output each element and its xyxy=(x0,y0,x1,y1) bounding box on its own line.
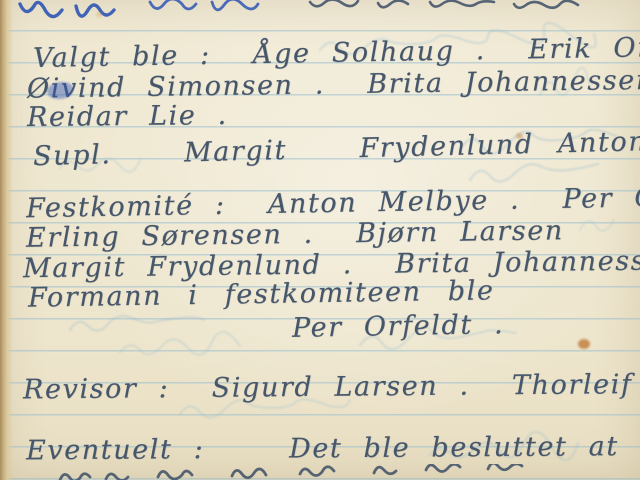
handwriting-line-eventuelt: Eventuelt : Det ble besluttet at det xyxy=(26,432,640,467)
cropped-handwriting-bottom xyxy=(0,464,640,480)
rust-stain xyxy=(516,133,523,139)
rust-stain xyxy=(96,12,102,17)
handwriting-line-reidar-lie: Reidar Lie . xyxy=(27,101,228,133)
handwriting-line-per-orfeldt: Per Orfeldt . xyxy=(292,310,505,344)
notebook-page: Valgt ble : Åge Solhaug . Erik Orfeldt Ø… xyxy=(0,0,640,480)
handwriting-line-revisor: Revisor : Sigurd Larsen . Thorleif Halvo… xyxy=(23,369,640,406)
rust-stain xyxy=(578,339,590,349)
